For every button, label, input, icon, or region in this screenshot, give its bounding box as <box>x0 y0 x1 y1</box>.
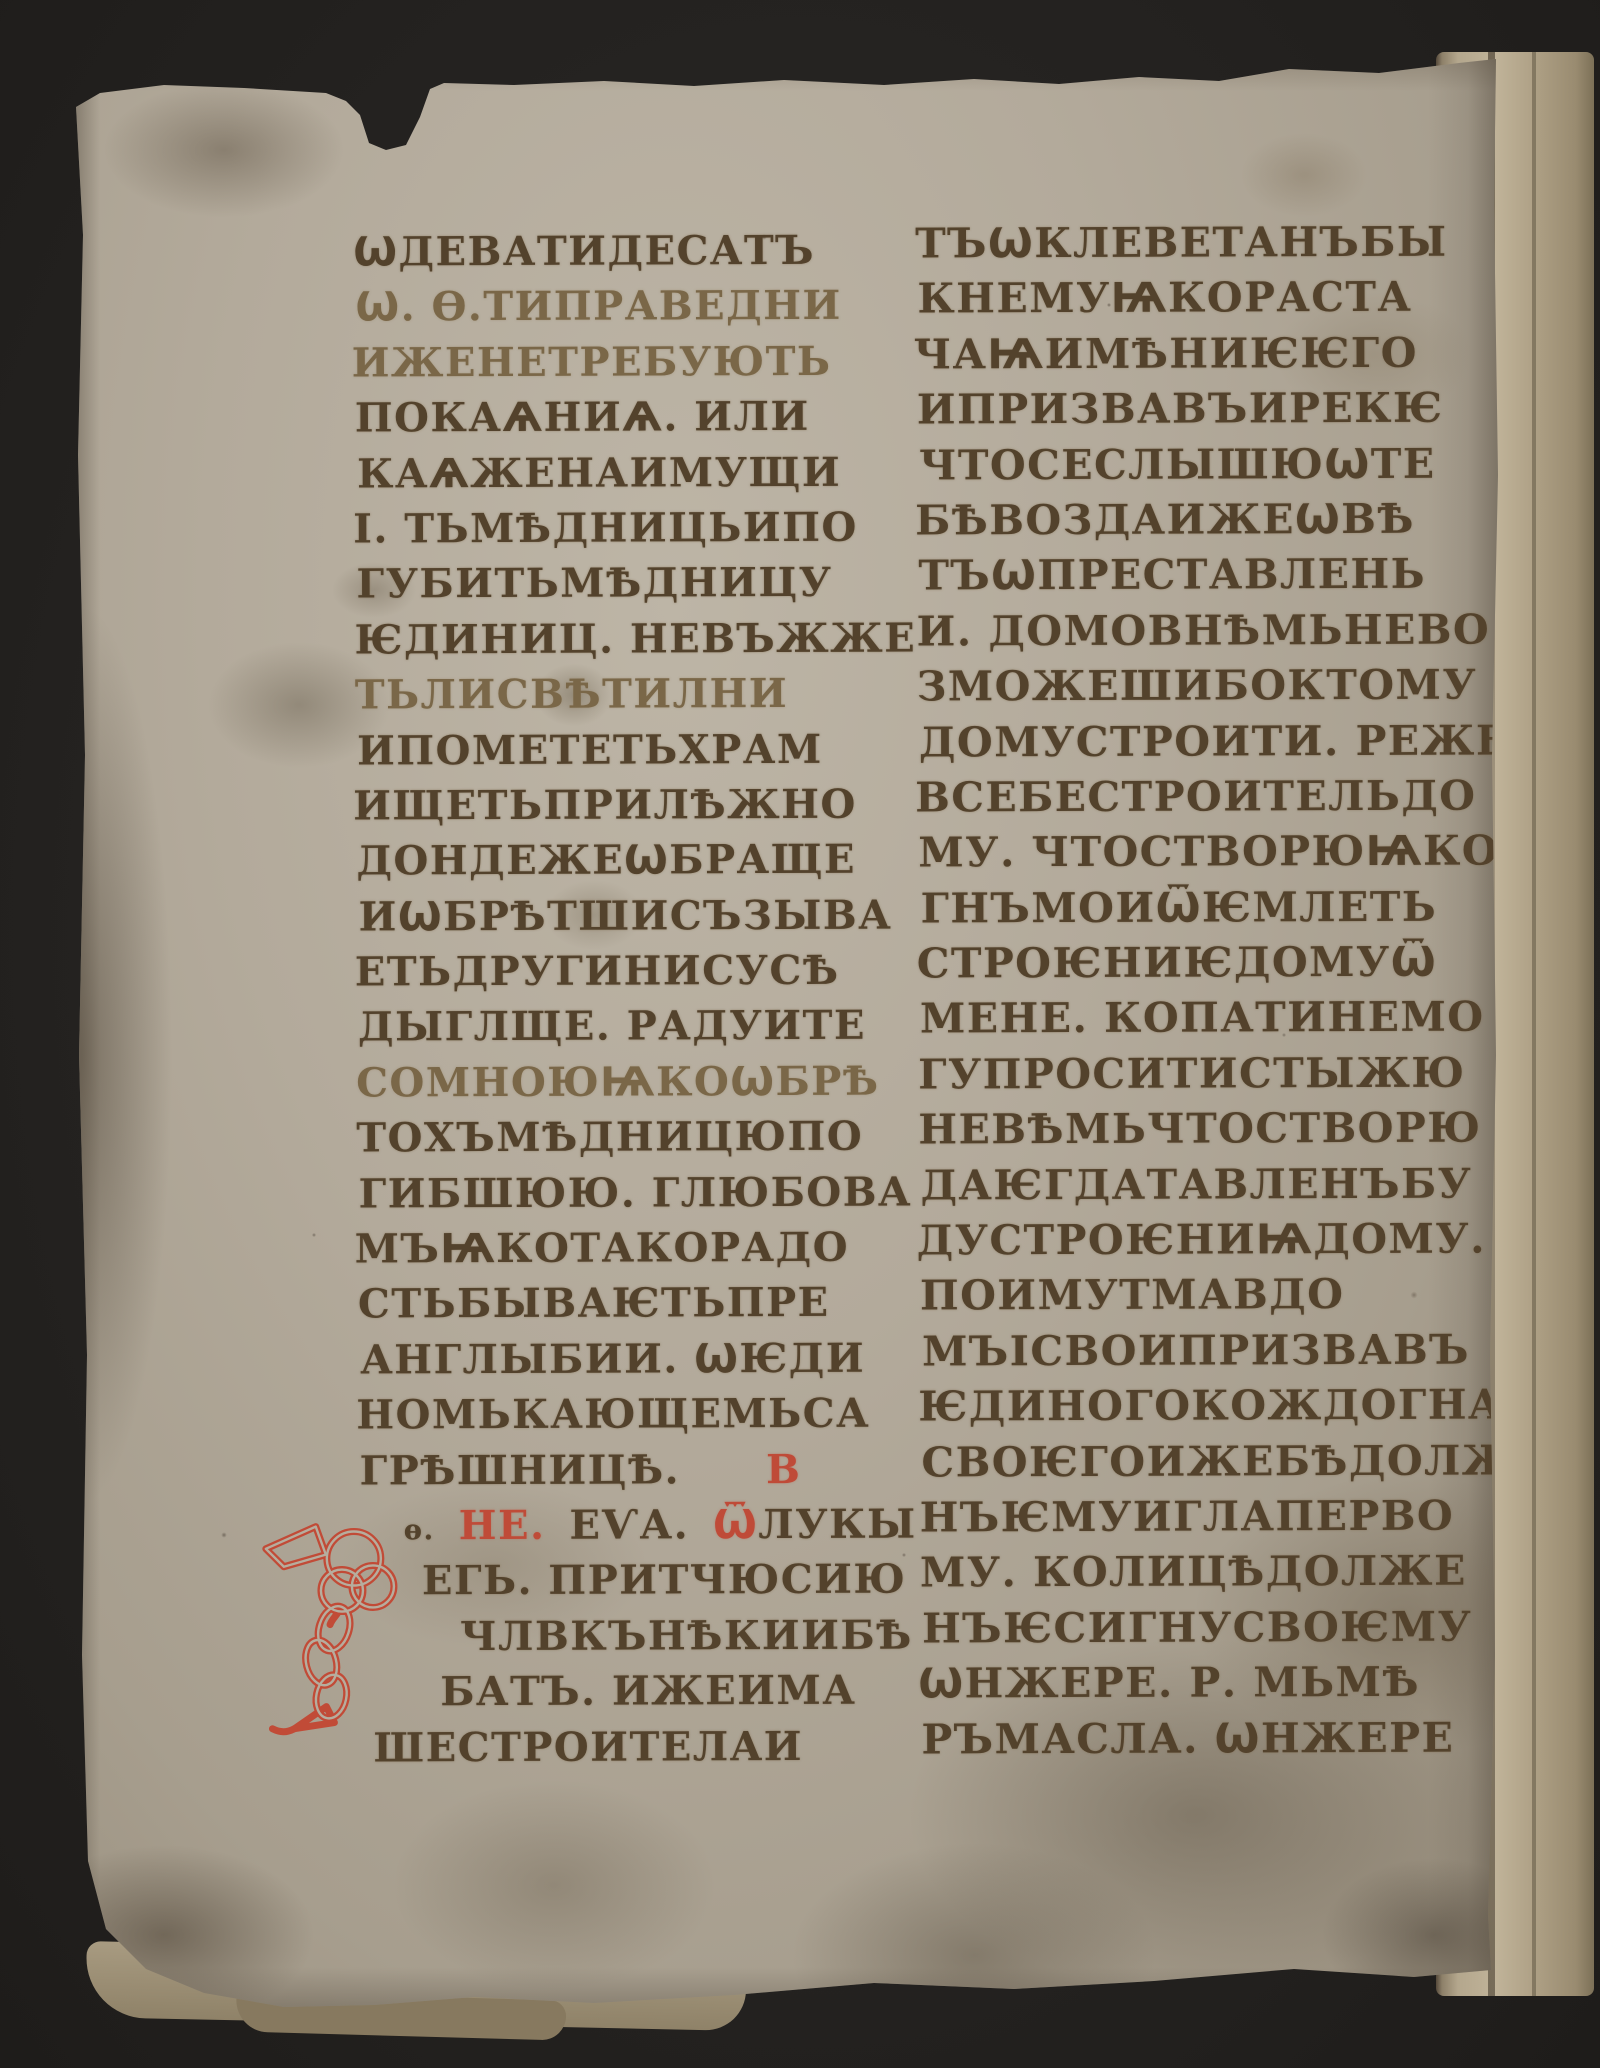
text-line: И. ДОМОВНѢМЬНЕВО <box>917 602 1513 659</box>
text-line: БАТЪ. ИЖЕИМА <box>440 1663 918 1720</box>
text-line: АНГЛЫБИИ. ѠѤДИ <box>360 1330 922 1387</box>
text-line: ГУПРОСИТИСТЫЖЮ <box>918 1045 1514 1102</box>
text-line: МУ. КОЛИЦѢДОЛЖЕ <box>920 1544 1516 1601</box>
text-line: ТЬЛИСВѢТИЛНИ <box>355 666 917 723</box>
text-line: ТЪѠПРЕСТАВЛЕНЬ <box>918 547 1514 604</box>
text-line: КНЕМУѨКОРАСТА <box>917 270 1513 327</box>
text-line: НЪѤМУИГЛАПЕРВО <box>920 1488 1516 1545</box>
text-line: І. ТЬМѢДНИЦЬИПО <box>353 500 915 557</box>
line-segment: ГРѢШНИЦѢ. <box>359 1446 680 1494</box>
text-line: ИПРИЗВАВЪИРЕКѤ <box>917 381 1513 438</box>
text-line: НОМЬКАЮЩЕМЬСА <box>356 1386 918 1443</box>
text-line: СТРОѤНИѤДОМУѾ <box>917 935 1513 992</box>
text-line: ГИБШЮЮ. ГЛЮБОВА <box>358 1164 920 1221</box>
text-line: ГУБИТЬМѢДНИЦУ <box>356 555 918 612</box>
line-segment: ЛУКЫ <box>758 1501 916 1549</box>
text-line: ВСЕБЕСТРОИТЕЛЬДО <box>915 768 1511 825</box>
text-line: ДУСТРОѤНИѨДОМУ. <box>917 1211 1513 1268</box>
text-line: ИЩЕТЬПРИЛѢЖНО <box>353 776 915 833</box>
text-line: ДЫГЛЩЕ. РАДУИТЕ <box>358 998 920 1055</box>
text-line: ГРѢШНИЦѢ.В <box>359 1441 921 1498</box>
line-segment: ЕѴА. <box>569 1501 689 1548</box>
text-line: СТЬБЫВАѤТЬПРЕ <box>358 1275 920 1332</box>
text-line: ѤДИНОГОКОЖДОГНА <box>918 1378 1514 1435</box>
text-line: ТЪѠКЛЕВЕТАНЪБЫ <box>915 214 1511 271</box>
text-line: БѢВОЗДАИЖЕѠВѢ <box>915 491 1511 548</box>
rubric-text: В <box>766 1446 801 1493</box>
rubric-text: Ѿ <box>713 1501 758 1548</box>
text-line: НЪѤСИГНУСВОѤМУ <box>922 1599 1518 1656</box>
text-line: ДАѤГДАТАВЛЕНЪБУ <box>920 1156 1516 1213</box>
text-line: НЕВѢМЬЧТОСТВОРЮ <box>918 1101 1514 1158</box>
text-line: ЕГЬ. ПРИТЧЮСИЮ <box>422 1552 920 1609</box>
text-line: МЪѨКОТАКОРАДО <box>355 1220 917 1277</box>
text-line: ШЕСТРОИТЕЛАИ <box>373 1718 921 1775</box>
text-line: ПОКАѦНИѦ. ИЛИ <box>355 389 917 446</box>
knotwork-initial-letter-icon <box>254 1514 415 1743</box>
text-layer: ѠДЕВАТИДЕСАТЪѠ. Ѳ.ТИПРАВЕДНИИЖЕНЕТРЕБУЮТ… <box>71 53 1502 2010</box>
parchment-leaf: ѠДЕВАТИДЕСАТЪѠ. Ѳ.ТИПРАВЕДНИИЖЕНЕТРЕБУЮТ… <box>74 55 1498 2007</box>
text-line: ѠНЖЕРЕ. Р. МЬМѢ <box>918 1655 1514 1712</box>
text-line: СОМНОЮѨКОѠБРѢ <box>356 1053 918 1110</box>
text-line: ѠДЕВАТИДЕСАТЪ <box>353 223 915 280</box>
text-line: ѤДИНИЦ. НЕВЪЖЖЕ <box>355 610 917 667</box>
text-line: ЧТОСЕСЛЫШЮѠТЕ <box>919 436 1515 493</box>
text-line: РЪМАСЛА. ѠНЖЕРЕ <box>921 1710 1517 1767</box>
text-line: СВОѤГОИЖЕБѢДОЛЖ <box>921 1433 1517 1490</box>
text-line: ИѠБРѢТШИСЪЗЫВА <box>359 887 921 944</box>
text-column-right: ТЪѠКЛЕВЕТАНЪБЫКНЕМУѨКОРАСТАЧАѨИМѢНИѤѤГОИ… <box>915 214 1516 1767</box>
text-line: ЧАѨИМѢНИѤѤГО <box>914 325 1510 382</box>
text-line: МЪІСВОИПРИЗВАВЪ <box>922 1322 1518 1379</box>
text-line: КАѦЖЕНАИМУЩИ <box>357 444 919 501</box>
text-line: Ѡ. Ѳ.ТИПРАВЕДНИ <box>355 278 917 335</box>
text-line: ТОХЪМѢДНИЦЮПО <box>356 1109 918 1166</box>
text-line: МЕНЕ. КОПАТИНЕМО <box>920 990 1516 1047</box>
rubric-text: НЕ. <box>459 1502 546 1549</box>
text-line: ДОНДЕЖЕѠБРАЩЕ <box>356 832 918 889</box>
photo-stage: ѠДЕВАТИДЕСАТЪѠ. Ѳ.ТИПРАВЕДНИИЖЕНЕТРЕБУЮТ… <box>0 0 1600 2068</box>
text-line: ЧЛВКЪНѢКИИБѢ <box>460 1607 922 1664</box>
text-line: ѳ.НЕ.ЕѴА.ѾЛУКЫ <box>404 1497 920 1554</box>
text-line: ЗМОЖЕШИБОКТОМУ <box>917 658 1513 715</box>
text-line: ИПОМЕТЕТЬХРАМ <box>357 721 919 778</box>
text-line: ЕТЬДРУГИНИСУСѢ <box>355 943 917 1000</box>
text-line: МУ. ЧТОСТВОРЮѨКО <box>918 824 1514 881</box>
text-line: ДОМУСТРОИТИ. РЕЖЕ <box>919 713 1515 770</box>
text-line: ПОИМУТМАВДО <box>920 1267 1516 1324</box>
text-line: ГНЪМОИѾѤМЛЕТЬ <box>920 879 1516 936</box>
text-line: ИЖЕНЕТРЕБУЮТЬ <box>352 333 914 390</box>
text-column-left: ѠДЕВАТИДЕСАТЪѠ. Ѳ.ТИПРАВЕДНИИЖЕНЕТРЕБУЮТ… <box>353 223 920 1776</box>
